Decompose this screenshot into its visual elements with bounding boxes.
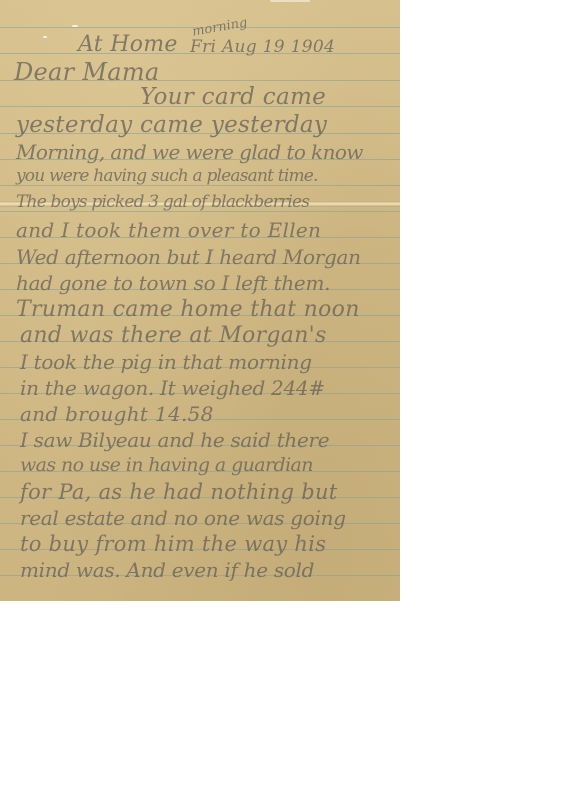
letter-line: in the wagon. It weighed 244# xyxy=(20,376,325,400)
letter-line: to buy from him the way his xyxy=(20,532,326,556)
letter-line: had gone to town so I left them. xyxy=(16,271,330,295)
letter-line: was no use in having a guardian xyxy=(20,454,313,476)
letter-line: yesterday came yesterday xyxy=(16,112,327,138)
letter-line: and brought 14.58 xyxy=(20,402,214,426)
heading-date: Fri Aug 19 1904 xyxy=(190,37,335,57)
scanned-page: morning At Home Fri Aug 19 1904 Dear Mam… xyxy=(0,0,582,800)
paper-speck xyxy=(270,0,310,2)
letter-line: Morning, and we were glad to know xyxy=(16,140,363,164)
paper-speck xyxy=(72,25,78,27)
paper-speck xyxy=(43,36,47,38)
letter-line: Truman came home that noon xyxy=(16,297,360,322)
letter-line: and I took them over to Ellen xyxy=(16,218,321,242)
letter-line: for Pa, as he had nothing but xyxy=(20,480,338,504)
letter-line: you were having such a pleasant time. xyxy=(16,166,318,186)
letter-line: I took the pig in that morning xyxy=(20,350,312,374)
letter-line: I saw Bilyeau and he said there xyxy=(20,428,329,452)
salutation: Dear Mama xyxy=(14,58,160,86)
letter-line: and was there at Morgan's xyxy=(20,323,327,348)
letter-line: Wed afternoon but I heard Morgan xyxy=(16,245,361,269)
heading-place: At Home xyxy=(78,32,178,57)
letter-line: The boys picked 3 gal of blackberries xyxy=(16,192,309,212)
letter-paper: morning At Home Fri Aug 19 1904 Dear Mam… xyxy=(0,0,400,601)
letter-line: mind was. And even if he sold xyxy=(20,558,314,582)
letter-line: real estate and no one was going xyxy=(20,506,346,530)
letter-line: Your card came xyxy=(140,84,326,110)
